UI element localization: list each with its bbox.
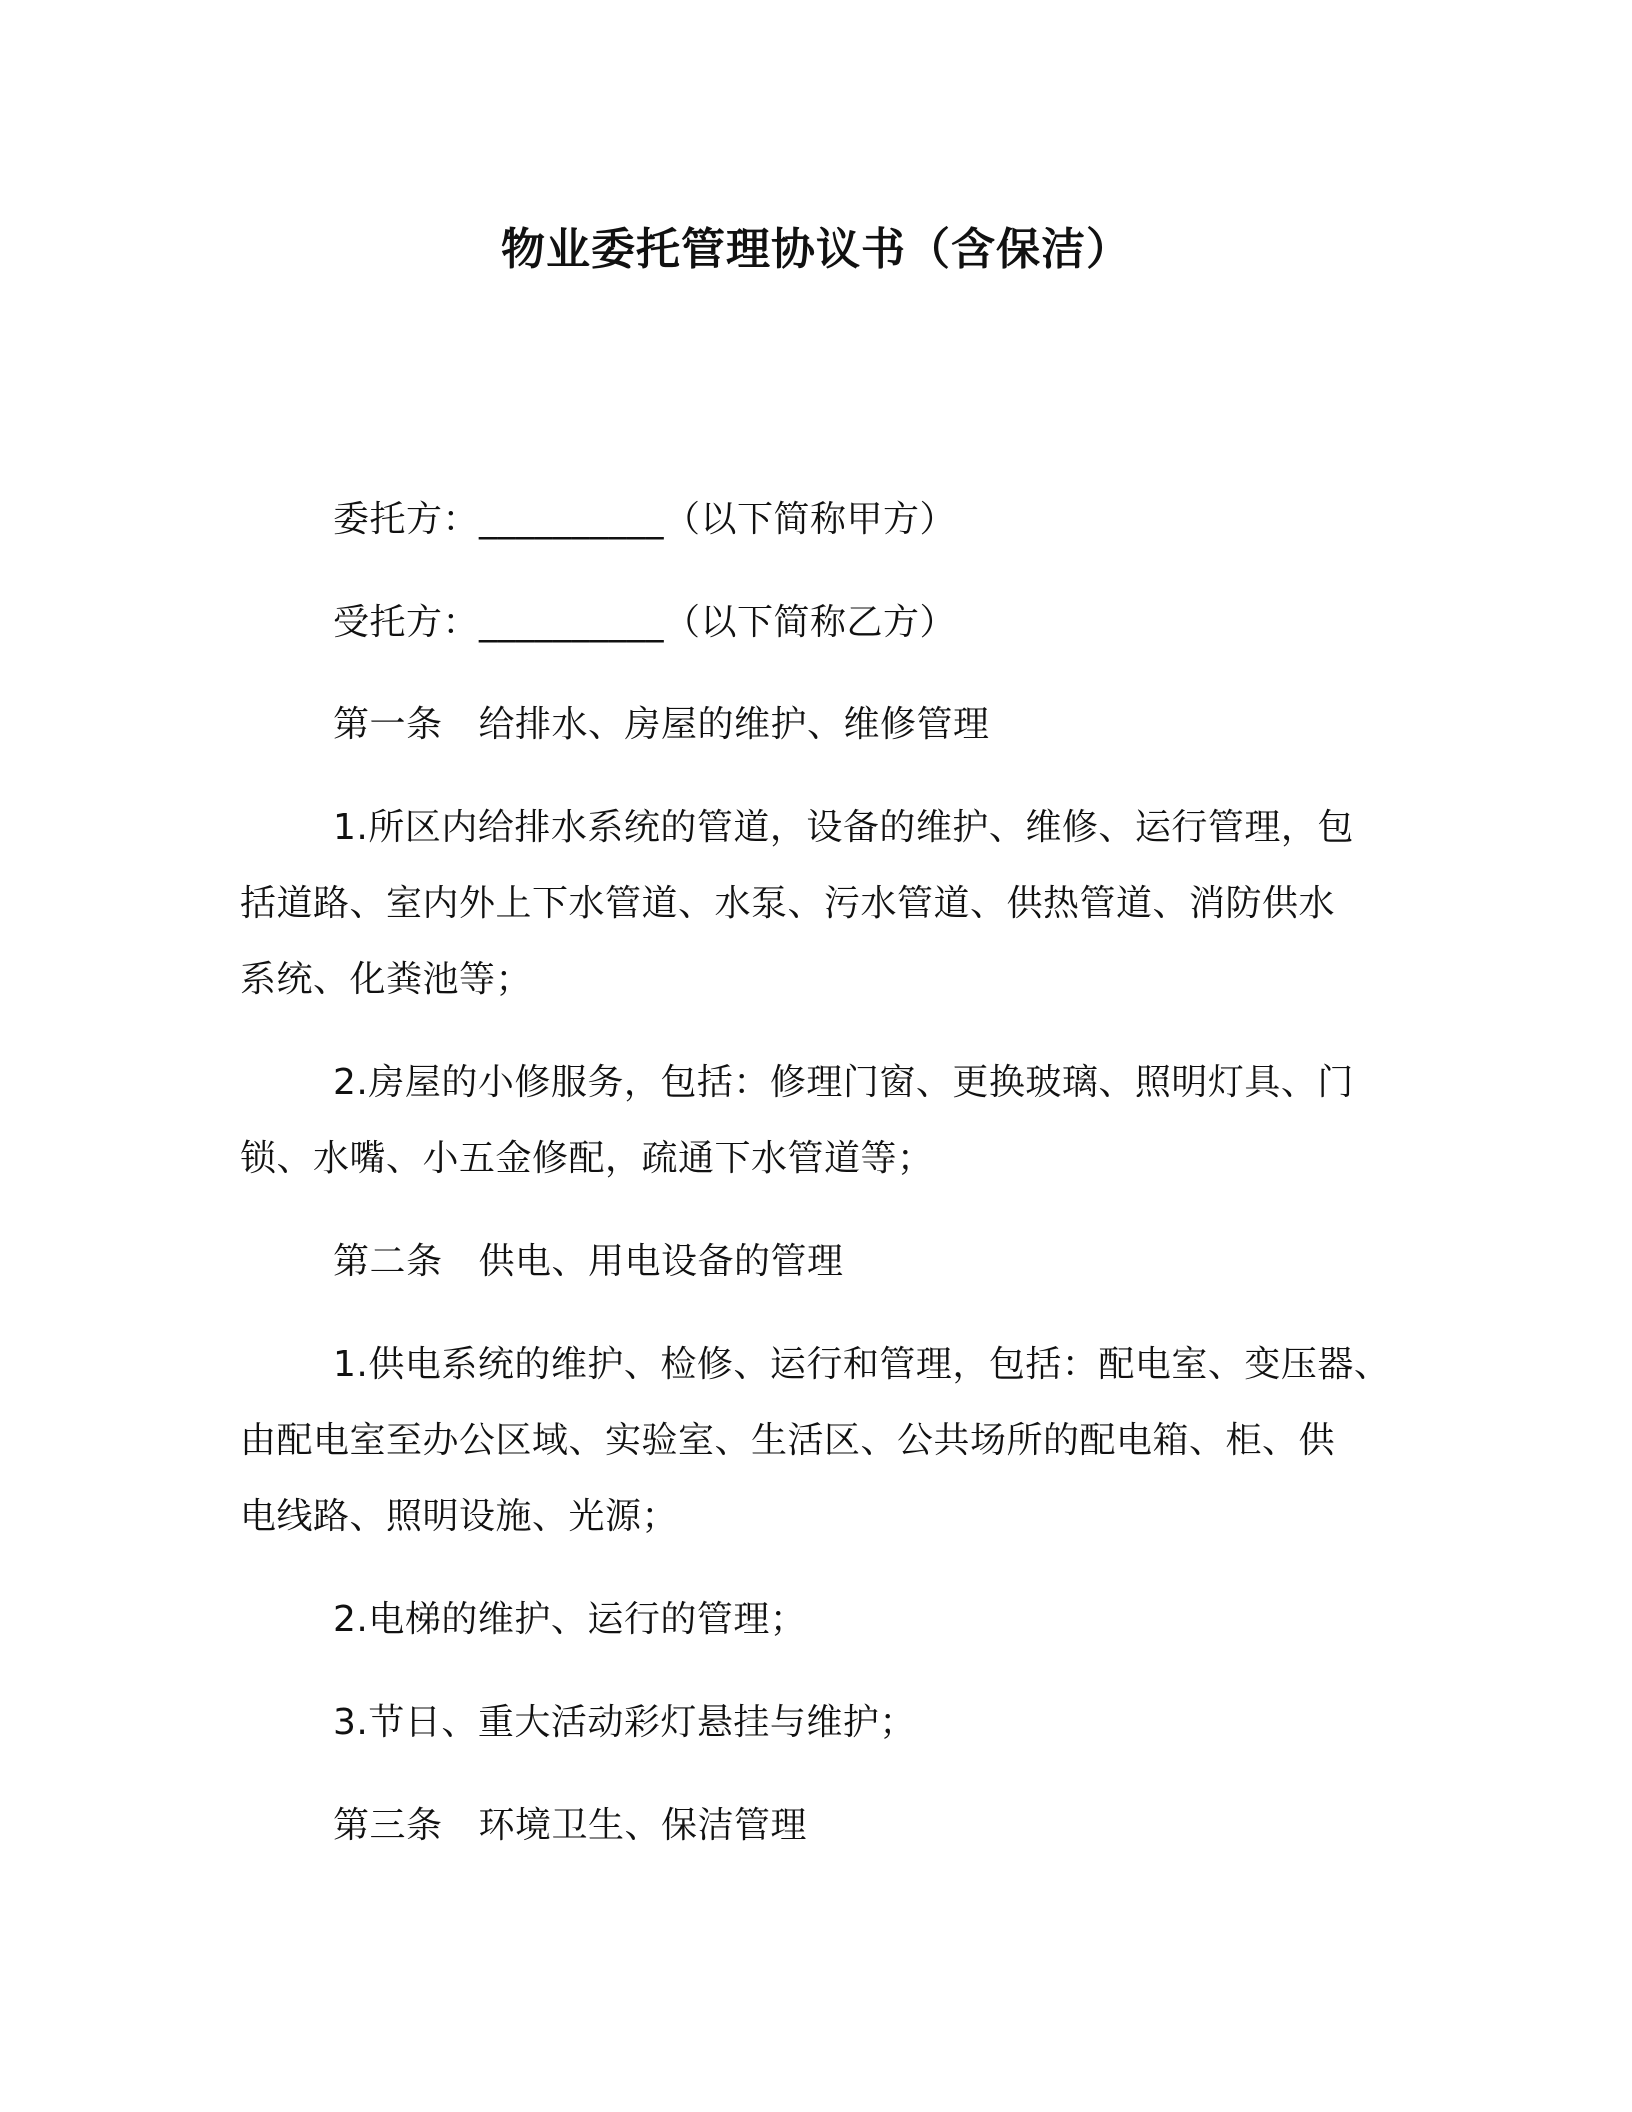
article-title: 环境卫生、保洁管理 (479, 1805, 808, 1846)
article-1-item-1-line-1: 1.所区内给排水系统的管道，设备的维护、维修、运行管理，包 (333, 806, 1354, 850)
article-2-item-1-line-1: 1.供电系统的维护、检修、运行和管理，包括：配电室、变压器、 (333, 1343, 1390, 1387)
document-title: 物业委托管理协议书（含保洁） (0, 222, 1632, 278)
article-1-item-1-line-2: 括道路、室内外上下水管道、水泵、污水管道、供热管道、消防供水 (240, 882, 1335, 926)
article-2-item-1-line-3: 电线路、照明设施、光源； (240, 1495, 678, 1539)
party-contractor-blank: __________ (479, 601, 664, 645)
party-client-blank: __________ (479, 498, 664, 542)
article-1-item-2-line-1: 2.房屋的小修服务，包括：修理门窗、更换玻璃、照明灯具、门 (333, 1061, 1354, 1105)
party-contractor-label: 受托方： (333, 602, 479, 643)
party-client-label: 委托方： (333, 499, 479, 540)
article-number: 第三条 (333, 1805, 443, 1846)
article-1-item-2-line-2: 锁、水嘴、小五金修配，疏通下水管道等； (240, 1137, 934, 1181)
article-2-item-2: 2.电梯的维护、运行的管理； (333, 1598, 806, 1642)
article-2-item-3: 3.节日、重大活动彩灯悬挂与维护； (333, 1701, 916, 1745)
document-page: 物业委托管理协议书（含保洁） 委托方：__________（以下简称甲方） 受托… (0, 0, 1632, 2112)
article-number: 第二条 (333, 1241, 443, 1282)
party-contractor: 受托方：__________（以下简称乙方） (333, 601, 956, 645)
article-3-heading: 第三条环境卫生、保洁管理 (333, 1804, 807, 1848)
article-2-heading: 第二条供电、用电设备的管理 (333, 1240, 844, 1284)
article-1-item-1-line-3: 系统、化粪池等； (240, 958, 532, 1002)
party-contractor-note: （以下简称乙方） (664, 602, 956, 643)
article-title: 供电、用电设备的管理 (479, 1241, 844, 1282)
article-number: 第一条 (333, 704, 443, 745)
party-client: 委托方：__________（以下简称甲方） (333, 498, 956, 542)
article-title: 给排水、房屋的维护、维修管理 (479, 704, 990, 745)
article-2-item-1-line-2: 由配电室至办公区域、实验室、生活区、公共场所的配电箱、柜、供 (240, 1419, 1335, 1463)
party-client-note: （以下简称甲方） (664, 499, 956, 540)
article-1-heading: 第一条给排水、房屋的维护、维修管理 (333, 703, 990, 747)
